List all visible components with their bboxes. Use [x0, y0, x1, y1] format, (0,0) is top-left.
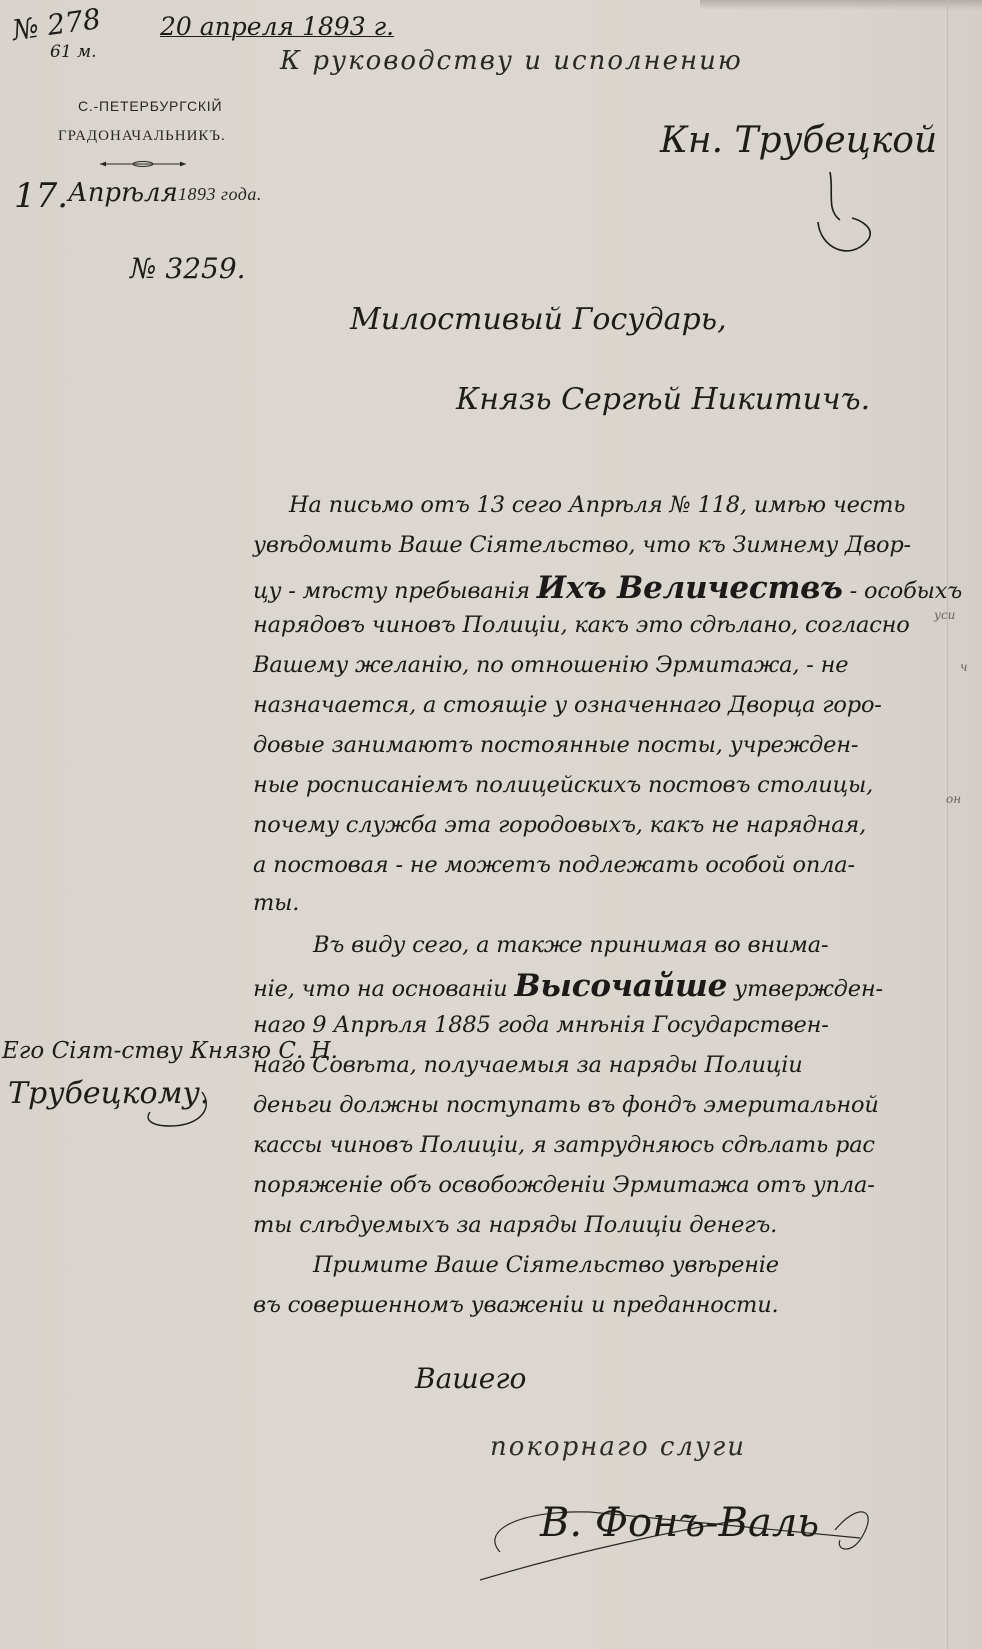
outgoing-number: № 3259. — [130, 252, 246, 285]
addressee-flourish-icon — [130, 1090, 220, 1130]
letter-date-day: 17. — [14, 176, 68, 216]
page-edge-shadow — [700, 0, 982, 10]
body-line: Въ виду сего, а также принимая во внима- — [253, 932, 828, 958]
body-line: почему служба эта городовыхъ, какъ не на… — [253, 812, 866, 838]
body-text: ніе, что на основаніи — [253, 976, 507, 1002]
body-line: ніе, что на основаніи Высочайше утвержде… — [253, 968, 883, 1004]
ornament-divider-icon — [100, 160, 186, 168]
letter-date-month: Апрѣля — [68, 178, 178, 208]
body-line: въ совершенномъ уваженіи и преданности. — [253, 1292, 778, 1318]
page-fold-line — [947, 0, 948, 1649]
body-line: нарядовъ чиновъ Полиціи, какъ это сдѣлан… — [253, 612, 910, 638]
letterhead-line-1: С.-ПЕТЕРБУРГСКІЙ — [78, 98, 222, 114]
emphasized-text: Высочайше — [514, 968, 727, 1004]
margin-note: ч — [960, 660, 967, 674]
registration-sub-mark: 61 м. — [50, 42, 97, 62]
body-line: цу - мѣсту пребыванія Ихъ Величествъ - о… — [253, 570, 962, 606]
body-line: назначается, а стоящіе у означеннаго Дво… — [253, 692, 882, 718]
margin-note: он — [946, 792, 961, 806]
body-line: Примите Ваше Сіятельство увѣреніе — [253, 1252, 779, 1278]
closing-line-1: Вашего — [415, 1362, 526, 1395]
addressee-line-1: Его Сіят-ству Князю С. Н. — [2, 1038, 338, 1064]
body-text: цу - мѣсту пребыванія — [253, 578, 530, 604]
body-line: деньги должны поступать въ фондъ эмерита… — [253, 1092, 879, 1118]
body-line: ты. — [253, 890, 299, 916]
body-line: наго 9 Апрѣля 1885 года мнѣнія Государст… — [253, 1012, 829, 1038]
body-line: кассы чиновъ Полиціи, я затрудняюсь сдѣл… — [253, 1132, 875, 1158]
letterhead-line-2: ГРАДОНАЧАЛЬНИКЪ. — [58, 128, 226, 145]
letter-date-year: 1893 года. — [178, 184, 262, 205]
salutation-line-1: Милостивый Государь, — [350, 302, 727, 337]
body-line: довые занимаютъ постоянные посты, учрежд… — [253, 732, 858, 758]
body-line: ные росписаніемъ полицейскихъ постовъ ст… — [253, 772, 873, 798]
body-line: На письмо отъ 13 сего Апрѣля № 118, имѣю… — [253, 492, 905, 518]
letter-page: № 278 61 м. 20 апреля 1893 г. К руководс… — [0, 0, 982, 1649]
margin-note: уси — [934, 608, 955, 622]
body-line: увѣдомить Ваше Сіятельство, что къ Зимне… — [253, 532, 911, 558]
salutation-line-2: Князь Сергѣй Никитичъ. — [456, 382, 870, 417]
signature: В. Фонъ-Валь — [540, 1500, 819, 1546]
emphasized-text: Ихъ Величествъ — [537, 570, 843, 606]
body-line: Вашему желанію, по отношенію Эрмитажа, -… — [253, 652, 848, 678]
body-line: поряженіе объ освобожденіи Эрмитажа отъ … — [253, 1172, 875, 1198]
signature-flourish-icon — [810, 170, 890, 260]
body-text: утвержден- — [734, 976, 883, 1002]
resolution-note: К руководству и исполнению — [280, 46, 743, 76]
resolution-signature: Кн. Трубецкой — [660, 120, 937, 161]
closing-line-2: покорнаго слуги — [490, 1432, 746, 1462]
received-date: 20 апреля 1893 г. — [160, 12, 394, 41]
body-line: ты слѣдуемыхъ за наряды Полиціи денегъ. — [253, 1212, 777, 1238]
body-text: - особыхъ — [850, 578, 962, 604]
registration-number: № 278 — [10, 2, 103, 47]
body-line: а постовая - не можетъ подлежать особой … — [253, 852, 855, 878]
